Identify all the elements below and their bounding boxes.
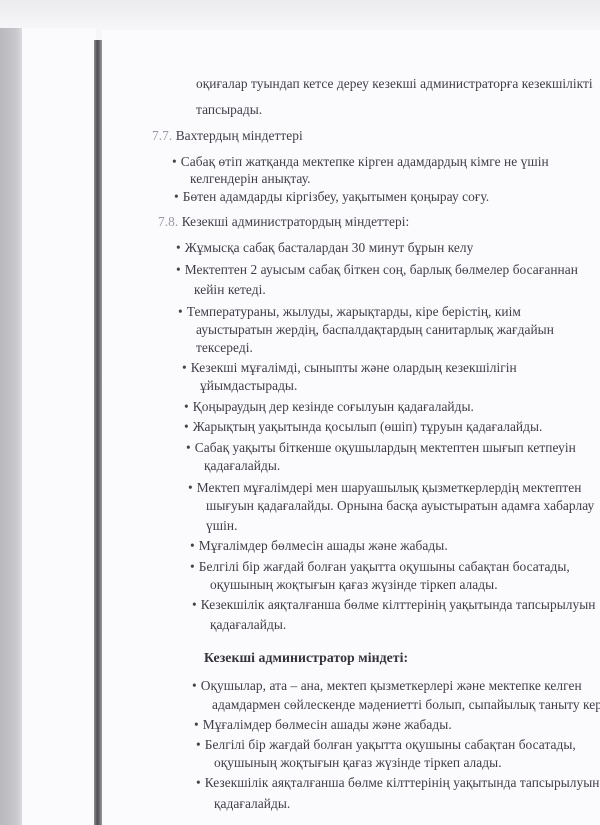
admin-duty-heading: Кезекші администратор міндеті:: [204, 650, 408, 666]
section-7-7-heading: 7.7. Вахтердың міндеттері: [152, 128, 303, 144]
list-item-continuation: үшін.: [206, 518, 238, 534]
list-item: Температураны, жылуды, жарықтарды, кіре …: [178, 304, 521, 320]
list-item: Белгілі бір жағдай болған уақытта оқушын…: [190, 559, 570, 575]
previous-page-edge: [22, 28, 96, 825]
list-item-continuation: қадағалайды.: [210, 617, 286, 633]
intro-line-2: тапсырады.: [196, 102, 262, 118]
list-item-continuation: адамдармен сөйлескенде мәдениетті болып,…: [212, 697, 600, 713]
list-item: Жұмысқа сабақ басталардан 30 минут бұрын…: [176, 240, 473, 256]
section-number: 7.7.: [152, 128, 172, 143]
section-title: Кезекші администратордың міндеттері:: [182, 214, 410, 229]
section-number: 7.8.: [158, 214, 178, 229]
list-item: Жарықтың уақытында қосылып (өшіп) тұруын…: [184, 419, 542, 435]
list-item-continuation: қадағалайды.: [214, 796, 290, 812]
top-shadow: [0, 0, 600, 28]
list-item: Қоңыраудың дер кезінде соғылуын қадағала…: [184, 399, 474, 415]
list-item: Кезекшілік аяқталғанша бөлме кілттерінің…: [192, 597, 596, 613]
list-item: Сабақ өтіп жатқанда мектепке кірген адам…: [172, 154, 549, 170]
list-item-continuation: келгендерін анықтау.: [190, 171, 311, 187]
list-item: Сабақ уақыты біткенше оқушылардың мектеп…: [186, 440, 576, 456]
section-7-8-heading: 7.8. Кезекші администратордың міндеттері…: [158, 214, 409, 230]
list-item-continuation: ұйымдастырады.: [200, 378, 297, 394]
list-item: Мұғалімдер бөлмесін ашады және жабады.: [194, 717, 452, 733]
list-item: Белгілі бір жағдай болған уақытта оқушын…: [196, 737, 576, 753]
list-item: Мектеп мұғалімдері мен шаруашылық қызмет…: [188, 480, 582, 496]
list-item-continuation: ауыстыратын жердің, баспалдақтардың сани…: [196, 322, 554, 338]
list-item: Мектептен 2 ауысым сабақ біткен соң, бар…: [176, 262, 578, 278]
list-item-continuation: кейін кетеді.: [194, 282, 266, 298]
list-item-continuation: тексереді.: [196, 340, 253, 356]
list-item: Оқушылар, ата – ана, мектеп қызметкерлер…: [192, 678, 582, 694]
list-item: Кезекші мұғалімді, сыныпты және олардың …: [182, 360, 517, 376]
page-binding-edge: [94, 40, 102, 825]
list-item-continuation: қадағалайды.: [204, 458, 280, 474]
section-title: Вахтердың міндеттері: [176, 128, 303, 143]
list-item-continuation: шығуын қадағалайды. Орнына басқа ауыстыр…: [206, 498, 594, 514]
list-item-continuation: оқушының жоқтығын қағаз жүзінде тіркеп а…: [214, 755, 502, 771]
intro-line-1: оқиғалар туындап кетсе дереу кезекші адм…: [196, 76, 593, 92]
list-item: Кезекшілік аяқталғанша бөлме кілттерінің…: [196, 775, 600, 791]
list-item: Бөтен адамдарды кіргізбеу, уақытымен қоң…: [174, 189, 489, 205]
list-item-continuation: оқушының жоқтығын қағаз жүзінде тіркеп а…: [210, 577, 498, 593]
list-item: Мұғалімдер бөлмесін ашады және жабады.: [190, 538, 448, 554]
